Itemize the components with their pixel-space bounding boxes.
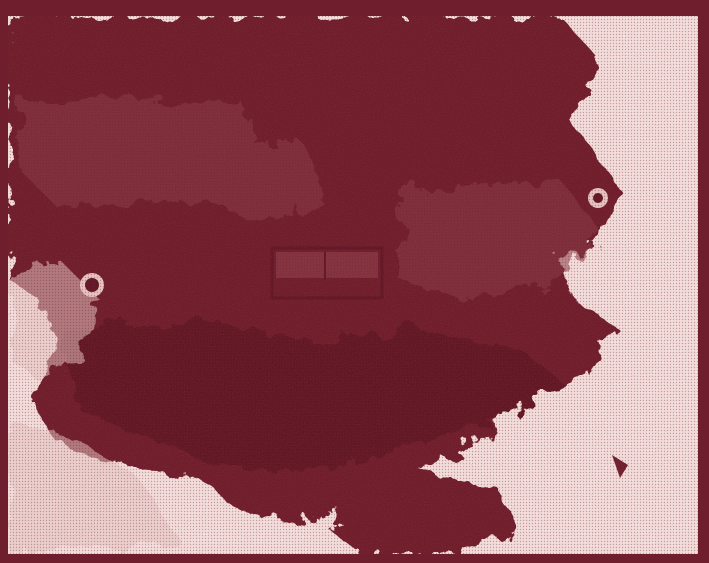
grain-overlay (0, 0, 709, 563)
halftone-photograph (0, 0, 709, 563)
photo-canvas (0, 0, 709, 563)
